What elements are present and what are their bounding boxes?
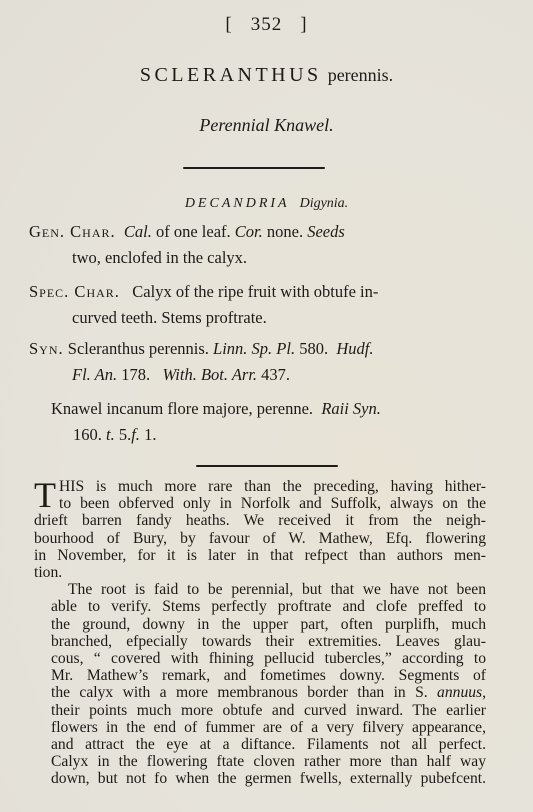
- text-line: Mr. Mathew’s remark, and fometimes downy…: [34, 667, 486, 684]
- synonymy: Syn. Scleranthus perennis. Linn. Sp. Pl.…: [29, 336, 489, 388]
- syn2-continuation: 160. t. 5.f. 1.: [51, 422, 491, 448]
- linnaean-classification: DECANDRIADigynia.: [0, 196, 533, 212]
- text-line: cous, “ covered with fhining pellucid tu…: [34, 650, 486, 667]
- gen-char-cor: Cor.: [235, 222, 263, 241]
- text-line: able to verify. Stems perfectly proftrat…: [34, 598, 486, 615]
- gen-char-seeds: Seeds: [307, 222, 345, 241]
- gen-char-cal: Cal.: [124, 222, 152, 241]
- syn2-num: 5.: [119, 425, 131, 444]
- text-line: flowers in the end of fummer are of a ve…: [34, 719, 486, 736]
- species-italic: annuus,: [437, 684, 486, 701]
- syn-ref: Linn. Sp. Pl.: [213, 339, 295, 358]
- syn2-num: 160.: [73, 425, 102, 444]
- text-line: tion.: [34, 564, 486, 581]
- syn-ref: Hudf.: [336, 339, 373, 358]
- generic-character: Gen. Char. Cal. of one leaf. Cor. none. …: [29, 219, 489, 271]
- syn2-text: Knawel incanum flore majore, perenne.: [51, 399, 313, 418]
- synonymy-ray: Knawel incanum flore majore, perenne. Ra…: [51, 396, 491, 448]
- bracket-left: [: [225, 14, 232, 36]
- syn2-tab: t.: [106, 425, 115, 444]
- bracket-right: ]: [300, 14, 307, 36]
- syn-continuation: Fl. An. 178. With. Bot. Arr. 437.: [29, 362, 489, 388]
- description-text: T HIS is much more rare than the precedi…: [34, 478, 486, 788]
- text-line: HIS is much more rare than the preceding…: [34, 478, 486, 495]
- gen-char-text: none.: [263, 222, 307, 241]
- paragraph-1: T HIS is much more rare than the precedi…: [34, 478, 486, 581]
- divider-rule: [183, 167, 325, 169]
- syn2-num: 1.: [144, 425, 156, 444]
- divider-rule: [196, 465, 338, 467]
- common-name: Perennial Knawel.: [0, 115, 533, 136]
- book-page: [352] SCLERANTHUSperennis. Perennial Kna…: [0, 0, 533, 812]
- syn-num: 437.: [261, 365, 290, 384]
- text-line: in November, for it is later in that ref…: [34, 547, 486, 564]
- class-name: DECANDRIA: [185, 196, 290, 211]
- text-segment: the calyx with a more membranous border …: [51, 684, 437, 701]
- page-number: [352]: [0, 14, 533, 36]
- text-line: Calyx in the flowering ftate cloven rath…: [34, 753, 486, 770]
- gen-char-continuation: two, enclofed in the calyx.: [29, 245, 489, 271]
- syn2-ref: Raii Syn.: [321, 399, 381, 418]
- syn-ref: With. Bot. Arr.: [162, 365, 257, 384]
- text-line: branched, efpecially towards their extre…: [34, 633, 486, 650]
- syn2-fig: f.: [131, 425, 140, 444]
- specific-character: Spec. Char. Calyx of the ripe fruit with…: [29, 279, 489, 331]
- text-line: to been obferved only in Norfolk and Suf…: [34, 495, 486, 512]
- text-line: the calyx with a more membranous border …: [34, 684, 486, 701]
- syn-num: 580.: [299, 339, 328, 358]
- genus-name: SCLERANTHUS: [140, 64, 322, 86]
- spec-char-label: Spec. Char.: [29, 282, 120, 301]
- gen-char-text: of one leaf.: [152, 222, 235, 241]
- order-name: Digynia.: [300, 196, 349, 211]
- text-line: bourhood of Bury, by favour of W. Mathew…: [34, 530, 486, 547]
- syn-text: Scleranthus perennis.: [68, 339, 209, 358]
- text-line: The root is faid to be perennial, but th…: [34, 581, 486, 598]
- spec-char-text: Calyx of the ripe fruit with obtufe in-: [132, 282, 378, 301]
- syn-label: Syn.: [29, 339, 64, 358]
- syn-num: 178.: [121, 365, 150, 384]
- syn-ref: Fl. An.: [72, 365, 117, 384]
- text-line: drieft barren fandy heaths. We received …: [34, 512, 486, 529]
- text-line: and attract the eye at a diftance. Filam…: [34, 736, 486, 753]
- drop-cap: T: [34, 480, 56, 510]
- text-line: their points much more obtufe and curved…: [34, 702, 486, 719]
- species-title: SCLERANTHUSperennis.: [0, 64, 533, 87]
- text-line: the ground, downy in the upper part, oft…: [34, 616, 486, 633]
- text-line: down, but not fo when the germen fwells,…: [34, 770, 486, 787]
- spec-char-continuation: curved teeth. Stems proftrate.: [29, 305, 489, 331]
- species-epithet: perennis.: [328, 65, 393, 85]
- paragraph-2: The root is faid to be perennial, but th…: [34, 581, 486, 787]
- page-number-value: 352: [251, 14, 283, 35]
- gen-char-label: Gen. Char.: [29, 222, 116, 241]
